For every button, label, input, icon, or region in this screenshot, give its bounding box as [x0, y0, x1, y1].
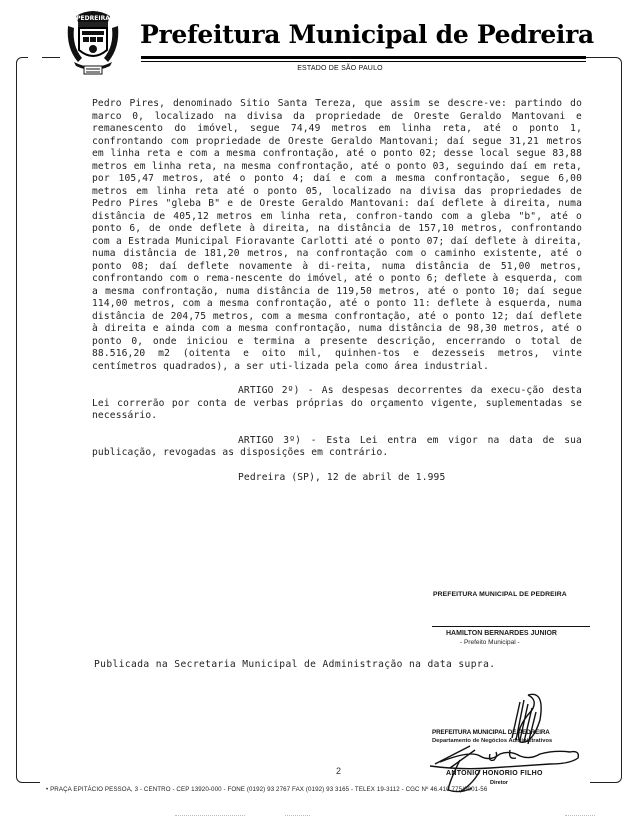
scan-artifact: [565, 815, 595, 817]
scan-artifact: [175, 815, 245, 817]
mayor-signature-org: PREFEITURA MUNICIPAL DE PEDREIRA: [433, 591, 567, 598]
director-stamp-org: PREFEITURA MUNICIPAL DE PEDREIRA: [432, 729, 550, 736]
signature-line: [432, 626, 590, 627]
director-role: Diretor: [490, 780, 508, 786]
mayor-role: - Prefeito Municipal -: [460, 639, 520, 646]
frame-gap: [28, 52, 42, 62]
mayor-name: HAMILTON BERNARDES JUNIOR: [446, 630, 557, 637]
document-body: Pedro Pires, denominado Sitio Santa Tere…: [92, 98, 582, 484]
state-subtitle: ESTADO DE SÃO PAULO: [0, 65, 640, 72]
director-stamp-department: Departamento de Negócios Administrativos: [432, 738, 552, 744]
footer-address: • PRAÇA EPITÁCIO PESSOA, 3 - CENTRO - CE…: [46, 786, 487, 793]
title-underline: [141, 61, 586, 62]
page-number: 2: [336, 766, 341, 776]
title-underline: [141, 56, 586, 59]
article-3-paragraph: ARTIGO 3º) - Esta Lei entra em vigor na …: [92, 435, 582, 460]
document-page: PEDREIRA Prefeitura Municipal de Pedreir…: [0, 0, 640, 825]
director-name: ANTONIO HONORIO FILHO: [446, 770, 543, 777]
article-2-paragraph: ARTIGO 2º) - As despesas decorrentes da …: [92, 385, 582, 423]
scan-artifact: [285, 815, 310, 817]
page-title: Prefeitura Municipal de Pedreira: [140, 20, 594, 49]
date-line: Pedreira (SP), 12 de abril de 1.995: [92, 472, 582, 485]
svg-text:PEDREIRA: PEDREIRA: [76, 15, 110, 22]
property-description-paragraph: Pedro Pires, denominado Sitio Santa Tere…: [92, 98, 582, 373]
publication-note: Publicada na Secretaria Municipal de Adm…: [94, 659, 495, 670]
